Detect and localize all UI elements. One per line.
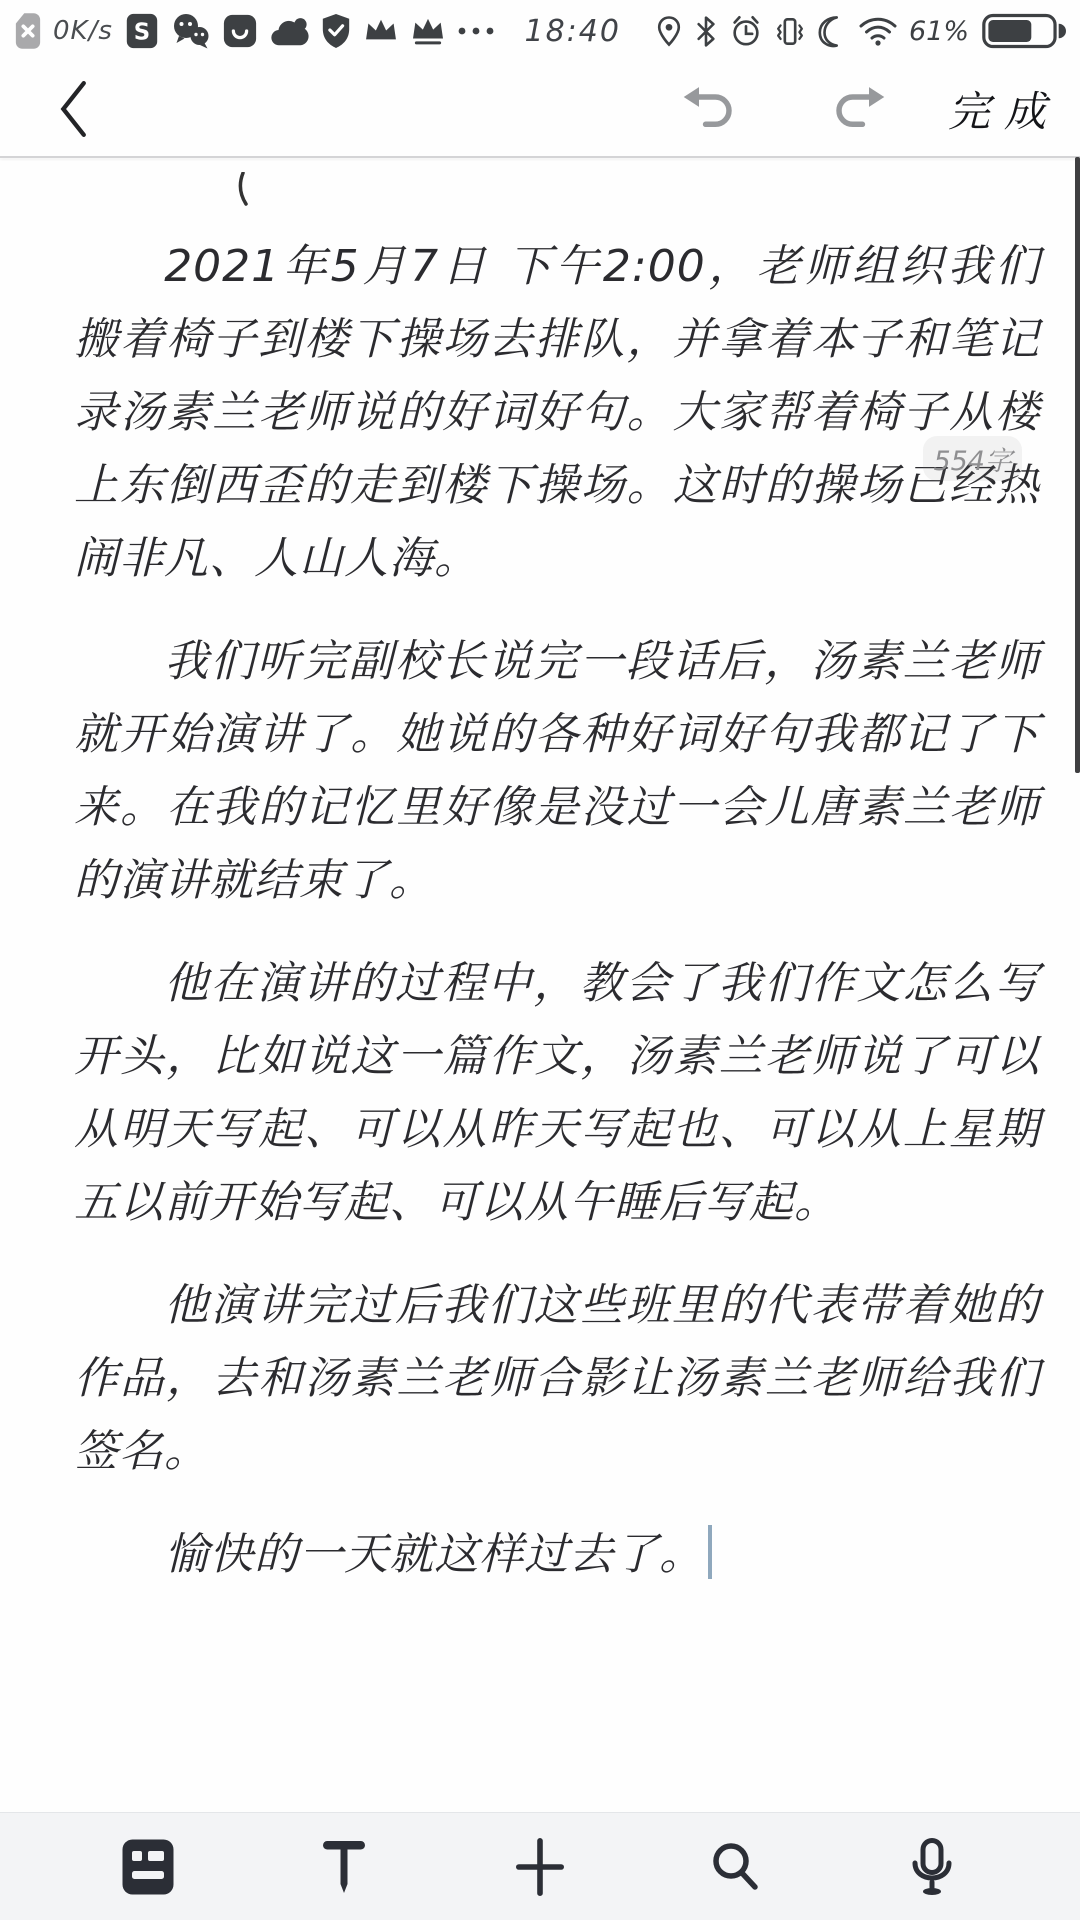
paragraph-last: 愉快的一天就这样过去了。 xyxy=(74,1518,1040,1591)
network-speed: 0K/s xyxy=(53,16,113,46)
shield-check-icon xyxy=(320,13,352,49)
bottom-toolbar xyxy=(0,1812,1080,1920)
sim-x-icon xyxy=(14,12,42,50)
keyboard-icon[interactable] xyxy=(117,1836,179,1898)
crown-icon xyxy=(363,17,399,45)
word-count-badge: 554字 xyxy=(923,436,1022,481)
bag-app-icon xyxy=(222,13,258,49)
location-icon xyxy=(655,15,683,48)
wifi-icon xyxy=(858,16,898,46)
bluetooth-icon xyxy=(694,15,718,48)
moon-icon xyxy=(817,15,847,48)
svg-text:S: S xyxy=(134,20,150,46)
s-app-icon: S xyxy=(124,12,160,50)
battery-icon xyxy=(982,12,1066,50)
done-button[interactable]: 完成 xyxy=(948,79,1062,139)
microphone-icon[interactable] xyxy=(901,1836,963,1898)
clock-time: 18:40 xyxy=(524,14,620,49)
add-icon[interactable] xyxy=(509,1836,571,1898)
status-bar-left: 0K/s S xyxy=(14,12,495,50)
status-bar-right: 61% xyxy=(655,12,1066,50)
wechat-icon xyxy=(171,13,211,49)
note-editor-screen: 0K/s S xyxy=(0,0,1080,1920)
undo-button[interactable] xyxy=(682,85,740,133)
text-format-icon[interactable] xyxy=(313,1836,375,1898)
vibrate-icon xyxy=(774,15,806,48)
text-cursor xyxy=(708,1525,712,1579)
alarm-icon xyxy=(729,14,763,48)
paragraph: 2021年5月7日 下午2:00，老师组织我们搬着椅子到楼下操场去排队，并拿着本… xyxy=(74,230,1040,595)
paragraph: 我们听完副校长说完一段话后，汤素兰老师就开始演讲了。她说的各种好词好句我都记了下… xyxy=(74,625,1040,917)
status-bar: 0K/s S xyxy=(0,0,1080,62)
paragraph: 他演讲完过后我们这些班里的代表带着她的作品，去和汤素兰老师合影让汤素兰老师给我们… xyxy=(74,1269,1040,1488)
more-dots-icon xyxy=(457,26,495,36)
search-icon[interactable] xyxy=(705,1836,767,1898)
back-button[interactable] xyxy=(58,81,88,137)
battery-percent: 61% xyxy=(909,16,969,47)
paragraph: 他在演讲的过程中，教会了我们作文怎么写开头，比如说这一篇作文，汤素兰老师说了可以… xyxy=(74,947,1040,1239)
scrollbar[interactable] xyxy=(1075,157,1080,773)
note-text-area[interactable]: 2021年5月7日 下午2:00，老师组织我们搬着椅子到楼下操场去排队，并拿着本… xyxy=(0,158,1080,1814)
redo-button[interactable] xyxy=(828,85,886,133)
cloud-icon xyxy=(269,15,309,47)
clipped-stroke-mark xyxy=(236,172,250,206)
editor-toolbar: 完成 xyxy=(0,62,1080,156)
paragraph-text: 愉快的一天就这样过去了。 xyxy=(164,1529,704,1580)
crown-underline-icon xyxy=(410,16,446,46)
